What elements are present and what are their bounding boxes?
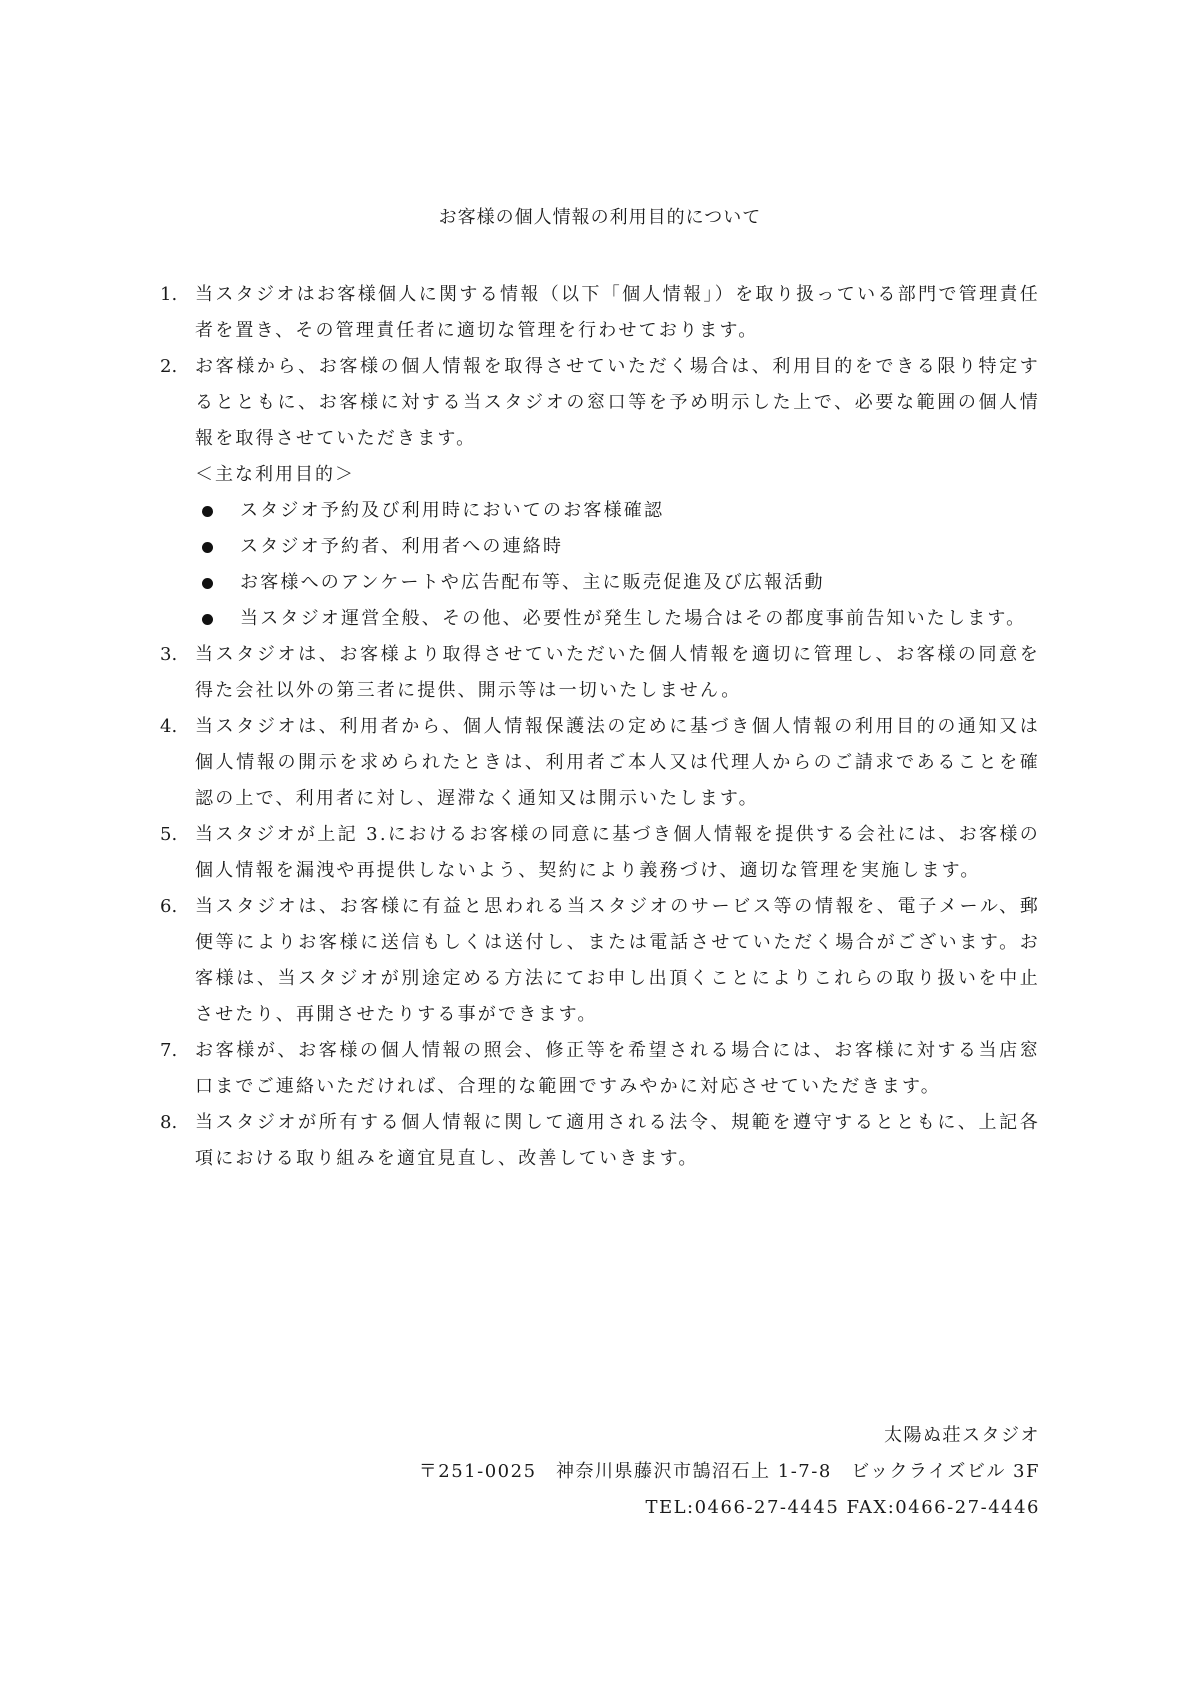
policy-item-3: 3. 当スタジオは、お客様より取得させていただいた個人情報を適切に管理し、お客様… [160, 637, 1040, 709]
bullet-dot-icon [202, 578, 213, 589]
bullet-dot-icon [202, 542, 213, 553]
company-name: 太陽ぬ荘スタジオ [419, 1418, 1040, 1454]
item-number: 4. [160, 709, 177, 745]
item-text: 当スタジオが所有する個人情報に関して適用される法令、規範を遵守するとともに、上記… [195, 1112, 1040, 1169]
policy-item-2: 2. お客様から、お客様の個人情報を取得させていただく場合は、利用目的をできる限… [160, 349, 1040, 457]
bullet-text: お客様へのアンケートや広告配布等、主に販売促進及び広報活動 [240, 572, 825, 593]
policy-list: 1. 当スタジオはお客様個人に関する情報（以下「個人情報」）を取り扱っている部門… [160, 277, 1040, 1177]
item-text: 当スタジオはお客様個人に関する情報（以下「個人情報」）を取り扱っている部門で管理… [195, 284, 1040, 341]
policy-item-6: 6. 当スタジオは、お客様に有益と思われる当スタジオのサービス等の情報を、電子メ… [160, 889, 1040, 1033]
item-number: 2. [160, 349, 177, 385]
policy-item-8: 8. 当スタジオが所有する個人情報に関して適用される法令、規範を遵守するとともに… [160, 1105, 1040, 1177]
item-number: 1. [160, 277, 177, 313]
item-text: お客様から、お客様の個人情報を取得させていただく場合は、利用目的をできる限り特定… [195, 356, 1040, 449]
document-page: お客様の個人情報の利用目的について 1. 当スタジオはお客様個人に関する情報（以… [0, 0, 1200, 1698]
bullet-text: スタジオ予約者、利用者への連絡時 [240, 536, 563, 557]
policy-item-7: 7. お客様が、お客様の個人情報の照会、修正等を希望される場合には、お客様に対す… [160, 1033, 1040, 1105]
document-title: お客様の個人情報の利用目的について [0, 205, 1200, 231]
item-number: 3. [160, 637, 177, 673]
company-footer: 太陽ぬ荘スタジオ 〒251-0025 神奈川県藤沢市鵠沼石上 1-7-8 ビック… [419, 1418, 1040, 1526]
policy-item-1: 1. 当スタジオはお客様個人に関する情報（以下「個人情報」）を取り扱っている部門… [160, 277, 1040, 349]
bullet-text: スタジオ予約及び利用時においてのお客様確認 [240, 500, 664, 521]
item-text: お客様が、お客様の個人情報の照会、修正等を希望される場合には、お客様に対する当店… [195, 1040, 1040, 1097]
item-number: 5. [160, 817, 177, 853]
purpose-sub-heading: ＜主な利用目的＞ [160, 457, 1040, 493]
item-text: 当スタジオは、利用者から、個人情報保護法の定めに基づき個人情報の利用目的の通知又… [195, 716, 1040, 809]
purpose-bullet-list: スタジオ予約及び利用時においてのお客様確認 スタジオ予約者、利用者への連絡時 お… [160, 493, 1040, 637]
item-number: 7. [160, 1033, 177, 1069]
policy-item-4: 4. 当スタジオは、利用者から、個人情報保護法の定めに基づき個人情報の利用目的の… [160, 709, 1040, 817]
bullet-text: 当スタジオ運営全般、その他、必要性が発生した場合はその都度事前告知いたします。 [240, 608, 1026, 629]
purpose-bullet: スタジオ予約者、利用者への連絡時 [160, 529, 1040, 565]
item-text: 当スタジオは、お客様より取得させていただいた個人情報を適切に管理し、お客様の同意… [195, 644, 1040, 701]
item-number: 6. [160, 889, 177, 925]
policy-item-5: 5. 当スタジオが上記 3.におけるお客様の同意に基づき個人情報を提供する会社に… [160, 817, 1040, 889]
item-number: 8. [160, 1105, 177, 1141]
purpose-bullet: お客様へのアンケートや広告配布等、主に販売促進及び広報活動 [160, 565, 1040, 601]
bullet-dot-icon [202, 614, 213, 625]
bullet-dot-icon [202, 506, 213, 517]
item-text: 当スタジオが上記 3.におけるお客様の同意に基づき個人情報を提供する会社には、お… [195, 824, 1040, 881]
company-contact: TEL:0466-27-4445 FAX:0466-27-4446 [419, 1490, 1040, 1526]
company-address: 〒251-0025 神奈川県藤沢市鵠沼石上 1-7-8 ビックライズビル 3F [419, 1454, 1040, 1490]
purpose-bullet: スタジオ予約及び利用時においてのお客様確認 [160, 493, 1040, 529]
item-text: 当スタジオは、お客様に有益と思われる当スタジオのサービス等の情報を、電子メール、… [195, 896, 1040, 1025]
purpose-bullet: 当スタジオ運営全般、その他、必要性が発生した場合はその都度事前告知いたします。 [160, 601, 1040, 637]
